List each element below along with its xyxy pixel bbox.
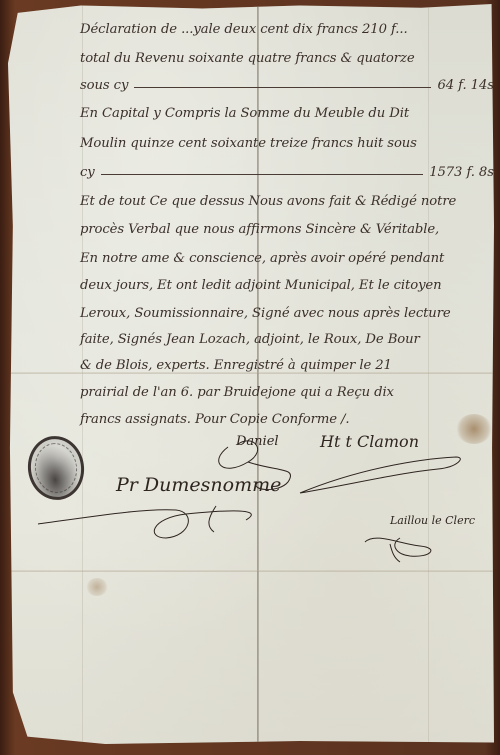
amount-lead: cy [80, 165, 95, 180]
signature-laillou: Laillou le Clerc [390, 514, 475, 527]
amount-lead: sous cy [80, 78, 128, 93]
amount-line: sous cy 64 f. 14s. [80, 78, 498, 93]
signature-flourish-icon [298, 449, 468, 499]
text-line: Et de tout Ce que dessus Nous avons fait… [80, 194, 456, 209]
text-line: francs assignats. Pour Copie Conforme /. [80, 412, 350, 427]
text-line: total du Revenu soixante quatre francs &… [80, 51, 415, 66]
signature-clamon: Ht t Clamon [320, 432, 419, 451]
text-line: En Capital y Compris la Somme du Meuble … [80, 106, 409, 121]
signature-flourish-icon [36, 496, 266, 546]
signature-flourish-icon [360, 524, 460, 564]
text-line: procès Verbal que nous affirmons Sincère… [80, 222, 439, 237]
text-line: deux jours, Et ont ledit adjoint Municip… [80, 278, 442, 293]
text-line: & de Blois, experts. Enregistré à quimpe… [80, 358, 392, 373]
amount-value: 64 f. 14s. [437, 78, 498, 93]
manuscript-page: Déclaration de ...yale deux cent dix fra… [8, 4, 494, 744]
amount-rule [134, 87, 431, 88]
amount-rule [101, 174, 424, 175]
text-line: Moulin quinze cent soixante treize franc… [80, 136, 417, 151]
signature-daniel: Daniel [236, 434, 279, 449]
amount-value: 1573 f. 8s. [429, 165, 498, 180]
seal-ring [32, 440, 81, 495]
text-line: Leroux, Soumissionnaire, Signé avec nous… [80, 306, 451, 321]
text-line: En notre ame & conscience, après avoir o… [80, 251, 444, 266]
paper-stain [86, 578, 108, 596]
amount-line: cy 1573 f. 8s. [80, 165, 498, 180]
text-line: prairial de l'an 6. par Bruidejone qui a… [80, 385, 394, 400]
fold-crease [428, 4, 429, 744]
signature-dumesnomme: Pr Dumesnomme [116, 474, 281, 496]
horizontal-fold-crease [8, 570, 494, 572]
ink-seal-stamp [24, 432, 88, 503]
text-line: faite, Signés Jean Lozach, adjoint, le R… [80, 332, 420, 347]
paper-stain [456, 414, 492, 444]
text-line: Déclaration de ...yale deux cent dix fra… [80, 22, 408, 37]
